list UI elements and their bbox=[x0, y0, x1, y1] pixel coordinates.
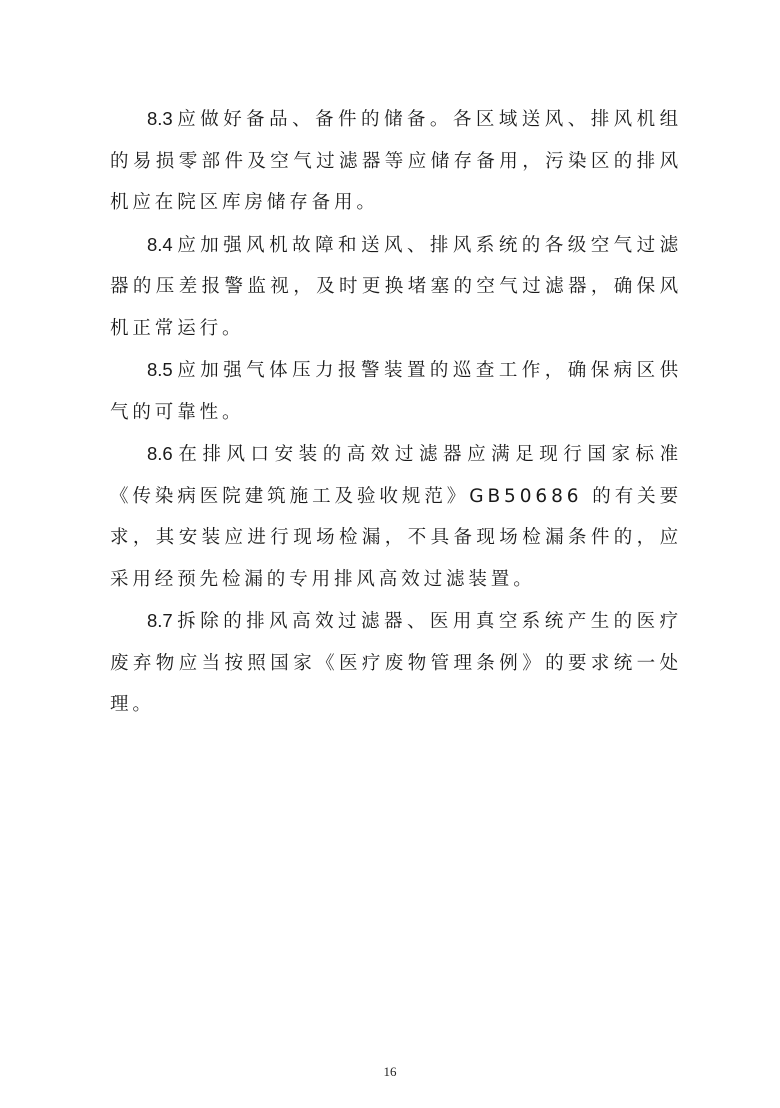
clause-number: 8.6 bbox=[147, 443, 173, 464]
paragraph-8-4: 8.4应加强风机故障和送风、排风系统的各级空气过滤器的压差报警监视，及时更换堵塞… bbox=[110, 224, 682, 350]
clause-text: 在排风口安装的高效过滤器应满足现行国家标准《传染病医院建筑施工及验收规范》GB5… bbox=[110, 444, 682, 590]
paragraph-8-6: 8.6在排风口安装的高效过滤器应满足现行国家标准《传染病医院建筑施工及验收规范》… bbox=[110, 433, 682, 600]
paragraph-8-5: 8.5应加强气体压力报警装置的巡查工作，确保病区供气的可靠性。 bbox=[110, 349, 682, 433]
clause-text: 拆除的排风高效过滤器、医用真空系统产生的医疗废弃物应当按照国家《医疗废物管理条例… bbox=[110, 611, 682, 715]
paragraph-8-3: 8.3应做好备品、备件的储备。各区域送风、排风机组的易损零部件及空气过滤器等应储… bbox=[110, 98, 682, 224]
clause-text: 应加强气体压力报警装置的巡查工作，确保病区供气的可靠性。 bbox=[110, 360, 682, 423]
clause-number: 8.3 bbox=[147, 108, 173, 129]
clause-number: 8.4 bbox=[147, 234, 173, 255]
clause-number: 8.5 bbox=[147, 359, 173, 380]
clause-number: 8.7 bbox=[147, 610, 173, 631]
document-page: 8.3应做好备品、备件的储备。各区域送风、排风机组的易损零部件及空气过滤器等应储… bbox=[0, 0, 780, 1108]
paragraph-8-7: 8.7拆除的排风高效过滤器、医用真空系统产生的医疗废弃物应当按照国家《医疗废物管… bbox=[110, 600, 682, 726]
document-body: 8.3应做好备品、备件的储备。各区域送风、排风机组的易损零部件及空气过滤器等应储… bbox=[110, 98, 682, 726]
clause-text: 应加强风机故障和送风、排风系统的各级空气过滤器的压差报警监视，及时更换堵塞的空气… bbox=[110, 235, 682, 339]
clause-text: 应做好备品、备件的储备。各区域送风、排风机组的易损零部件及空气过滤器等应储存备用… bbox=[110, 109, 682, 213]
page-number: 16 bbox=[0, 1064, 780, 1080]
